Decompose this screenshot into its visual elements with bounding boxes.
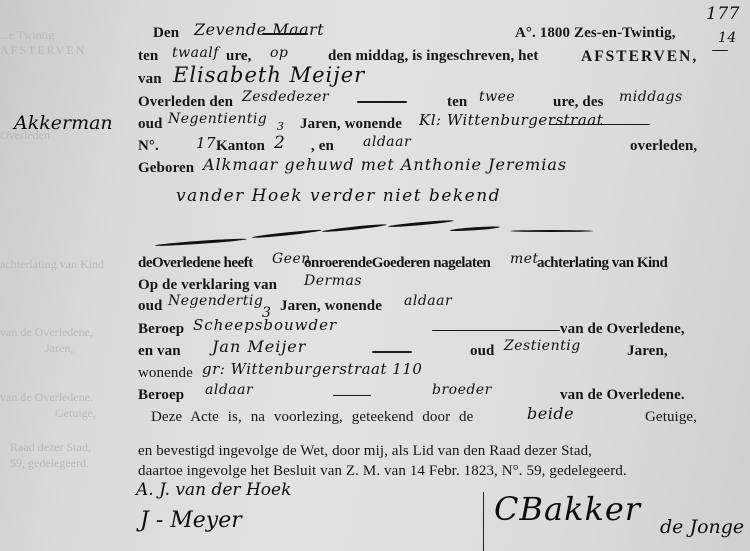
act-number-underline (712, 50, 728, 51)
death-daypart: middags (619, 89, 683, 105)
bleed-through-text: Raad dezer Stad, (10, 440, 91, 455)
bleed-through-text: van de Overledene. (0, 390, 93, 405)
witness2-name: Jan Meijer (212, 337, 306, 356)
label-beroep: Beroep (138, 387, 184, 404)
estate-children: met (510, 251, 539, 267)
fill-line (357, 101, 407, 103)
bleed-through-text: Jaren, (45, 341, 73, 356)
bleed-through-text: van de Overledene, (0, 325, 93, 340)
strike-line (155, 238, 247, 247)
strike-line (252, 229, 322, 239)
strike-line (510, 230, 593, 232)
bleed-through-text: Getuige, (55, 406, 96, 421)
act-number: 14 (718, 30, 737, 46)
label-overleden: overleden, (630, 138, 697, 155)
house-number: 17 (196, 134, 216, 152)
strike-line (322, 223, 387, 233)
bleed-through-text: ...e Twintig (0, 28, 54, 43)
label-ten: ten (138, 48, 158, 65)
label-estate-prefix: deOverledene heeft (138, 255, 253, 272)
label-kanton: Kanton (216, 138, 265, 155)
witness1-occupation: Scheepsbouwder (193, 316, 337, 334)
kanton-number: 2 (274, 133, 285, 153)
label-jaren: Jaren, (627, 343, 668, 360)
fill-line (333, 395, 371, 396)
death-hour: twee (479, 89, 515, 105)
closing-line-2: en bevestigd ingevolge de Wet, door mij,… (138, 443, 592, 460)
fill-line (432, 330, 560, 331)
deceased-age: Negentientig (168, 111, 267, 127)
label-op-de-verklaring: Op de verklaring van (138, 277, 277, 294)
deceased-address: Kl: Wittenburgerstraat (419, 111, 603, 129)
label-oud: oud (138, 298, 163, 315)
witness2-relation: broeder (432, 382, 492, 398)
bleed-through-text: AFSTERVEN (0, 43, 86, 58)
label-den: Den (153, 25, 179, 42)
signature-official-suffix: de Jonge (660, 516, 744, 538)
label-estate-suffix: achterlating van Kind (537, 255, 667, 272)
deceased-name: Elisabeth Meijer (173, 63, 365, 87)
strike-line (388, 219, 454, 228)
closing-line-3: daartoe ingevolge het Besluit van Z. M. … (138, 463, 627, 480)
witness2-residence: gr: Wittenburgerstraat 110 (202, 360, 422, 378)
label-en: , en (311, 138, 334, 155)
witness1-name: Dermas (304, 273, 362, 289)
label-jaren-wonende: Jaren, wonende (300, 116, 402, 133)
signature-official: CBakker (494, 490, 641, 528)
strike-line (450, 226, 500, 232)
signature-witness2: J - Meyer (140, 508, 242, 533)
label-relation: van de Overledene, (560, 321, 685, 338)
label-jaren-wonende: Jaren, wonende (280, 298, 382, 315)
label-wonende: wonende (138, 365, 193, 382)
kanton-superscript: 3 (277, 120, 285, 133)
registration-hour: twaalf (172, 45, 219, 61)
death-registration-date: Zevende Maart (194, 20, 324, 39)
label-number: N°. (138, 138, 159, 155)
signature-witness1: A. J. van der Hoek (136, 480, 291, 500)
witness1-age: Negendertig (168, 293, 263, 309)
bleed-through-text: 59, gedelegeerd. (10, 456, 89, 471)
label-geboren: Geboren (138, 160, 194, 177)
signature-bracket (483, 492, 484, 551)
registration-time-part: op (270, 45, 288, 61)
label-relation: van de Overledene. (560, 387, 685, 404)
label-overleden-den: Overleden den (138, 94, 233, 111)
label-ure-des: ure, des (553, 94, 604, 111)
fill-line (372, 351, 412, 353)
label-oud: oud (138, 116, 163, 133)
fill-line (262, 33, 308, 35)
label-ten: ten (447, 94, 467, 111)
afsterven-heading: AFSTERVEN, (581, 48, 698, 66)
fill-line (550, 124, 650, 125)
closing-line-1-suffix: Getuige, (645, 409, 697, 426)
margin-note: Akkerman (14, 112, 113, 134)
label-beroep: Beroep (138, 321, 184, 338)
year-printed: A°. 1800 Zes-en-Twintig, (515, 25, 676, 42)
label-oud: oud (470, 343, 495, 360)
closing-line-1: Deze Acte is, na voorlezing, geteekend d… (151, 409, 473, 426)
witness2-occupation: aldaar (205, 382, 253, 398)
signed-by: beide (527, 404, 574, 423)
folio-number: 177 (706, 4, 740, 24)
death-place: aldaar (363, 134, 411, 150)
witness2-age: Zestientig (504, 338, 581, 354)
witness1-residence: aldaar (404, 293, 452, 309)
label-estate-middle: onroerendeGoederen nagelaten (304, 255, 490, 272)
label-van: van (138, 71, 162, 88)
bleed-through-text: achterlating van Kind (0, 257, 104, 272)
birth-details-continued: vander Hoek verder niet bekend (176, 186, 501, 206)
label-en-van: en van (138, 343, 181, 360)
birth-details: Alkmaar gehuwd met Anthonie Jeremias (203, 155, 567, 174)
death-day: Zesdedezer (242, 89, 329, 105)
